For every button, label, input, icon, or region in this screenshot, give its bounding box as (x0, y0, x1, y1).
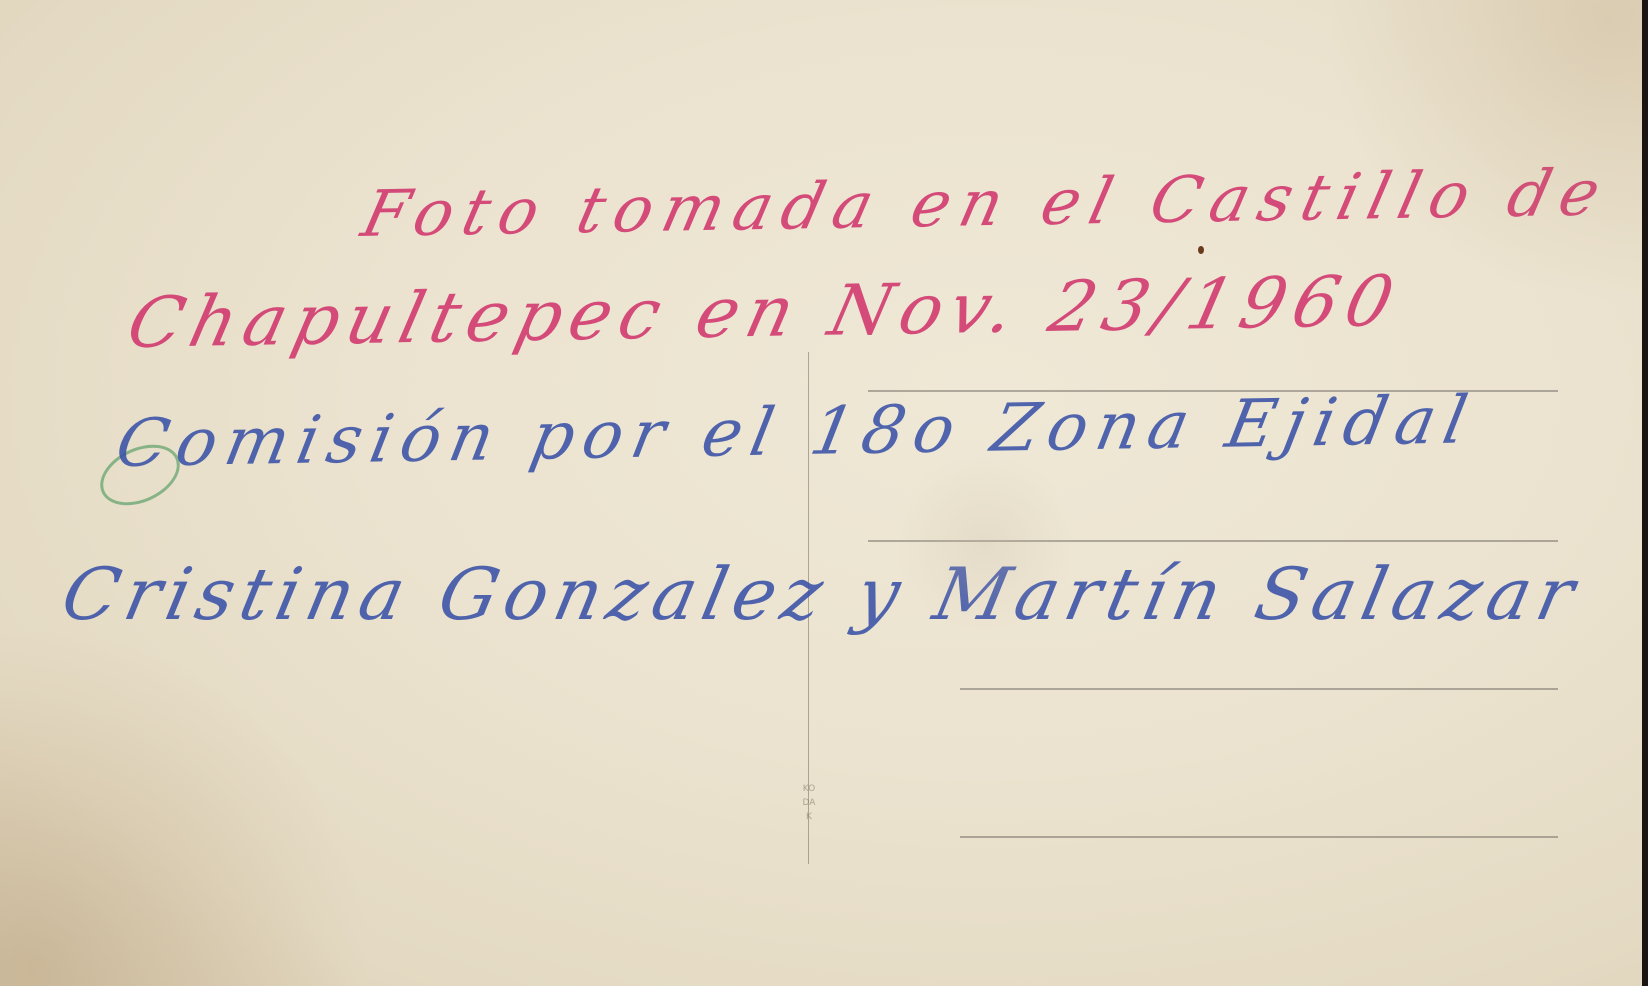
inscription-line-4-signatures: Cristina Gonzalez y Martín Salazar (55, 552, 1588, 636)
address-line (960, 836, 1558, 838)
postcard-back: KODAK Foto tomada en el Castillo de Chap… (0, 0, 1642, 986)
inscription-line-3: Comisión por el 18o Zona Ejidal (110, 381, 1482, 482)
inscription-line-2: Chapultepec en Nov. 23/1960 (120, 260, 1409, 364)
address-line (868, 540, 1558, 542)
ink-spot (1198, 246, 1204, 254)
kodak-brand-mark: KODAK (802, 782, 816, 824)
address-line (960, 688, 1558, 690)
inscription-line-1: Foto tomada en el Castillo de (355, 156, 1617, 252)
